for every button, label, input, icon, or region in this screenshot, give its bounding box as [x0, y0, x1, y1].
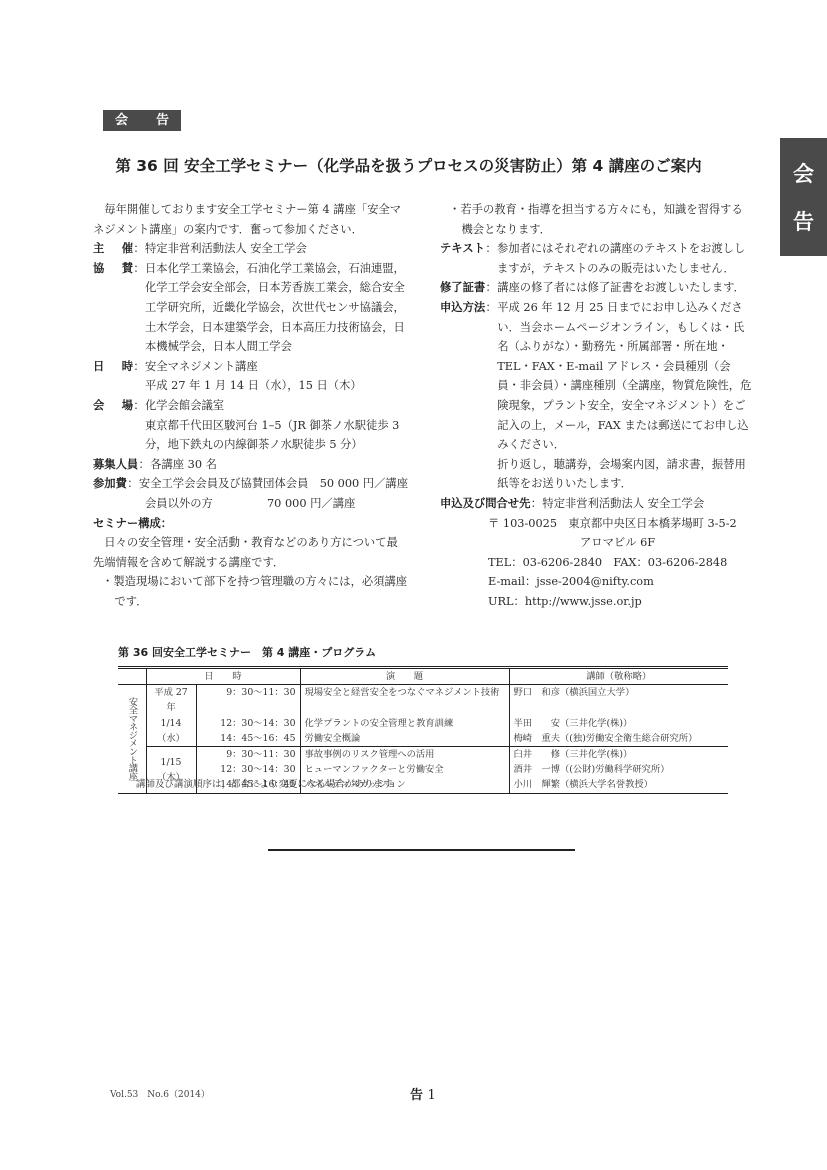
application-value-2: 折り返し，聴講券，会場案内図，請求書，振替用紙等をお送りいたします． [497, 458, 746, 491]
table-row: 安全マネジメント講座 平成 27 年 9：30〜11：30 現場安全と経営安全を… [118, 685, 728, 716]
session-time: 14：45〜16：45 [196, 731, 300, 747]
contact-fax: FAX：03-6206-2848 [613, 556, 727, 569]
session-topic: 労働安全概論 [300, 731, 509, 747]
header-topic: 演 題 [300, 668, 509, 685]
session-lecturer: 酒井 一博（(公財)労働科学研究所） [509, 762, 728, 777]
session-time: 12：30〜14：30 [196, 716, 300, 731]
program-table: 日 時 演 題 講師（敬称略） 安全マネジメント講座 平成 27 年 9：30〜… [118, 666, 728, 794]
footer-page-number: 告 1 [410, 1084, 436, 1103]
datetime-label: 日時 [93, 357, 133, 377]
cosponsors-value: 日本化学工業協会，石油化学工業協会，石油連盟，化学工学会安全部会，日本芳香族工業… [145, 259, 408, 357]
day1-date-line-3: （水） [146, 731, 196, 747]
header-lecturer: 講師（敬称略） [509, 668, 728, 685]
contact-email[interactable]: E-mail：jsse-2004@nifty.com [440, 572, 752, 592]
certificate-label: 修了証書 [440, 278, 485, 298]
badge-char-1: 会 [115, 110, 128, 131]
cosponsors-row: 協賛 ： 日本化学工業協会，石油化学工業協会，石油連盟，化学工学会安全部会，日本… [93, 259, 408, 357]
capacity-label: 募集人員 [93, 455, 138, 475]
contact-row: 申込及び問合せ先 ： 特定非営利活動法人 安全工学会 [440, 494, 752, 514]
certificate-value: 講座の修了者には修了証書をお渡しいたします． [497, 278, 752, 298]
table-row: 1/15 （木） 9：30〜11：30 事故事例のリスク管理への活用 臼井 修（… [118, 747, 728, 763]
application-label: 申込方法 [440, 298, 485, 494]
session-topic: 化学プラントの安全管理と教育訓練 [300, 716, 509, 731]
organizer-value: 特定非営利活動法人 安全工学会 [145, 239, 408, 259]
contact-org: 特定非営利活動法人 安全工学会 [542, 494, 752, 514]
fee-member-who: 安全工学会会員及び協賛団体会員 [139, 477, 308, 490]
text-row: テキスト ： 参加者にはそれぞれの講座のテキストをお渡ししますが，テキストのみの… [440, 239, 752, 278]
page-title: 第 36 回 安全工学セミナー（化学品を扱うプロセスの災害防止）第 4 講座のご… [0, 154, 827, 176]
session-lecturer: 梅崎 重夫（(独)労働安全衛生総合研究所） [509, 731, 728, 747]
session-lecturer: 半田 安（三井化学(株)） [509, 716, 728, 731]
session-time: 9：30〜11：30 [196, 685, 300, 716]
side-tab-char-2: 告 [793, 206, 814, 236]
session-lecturer: 野口 和彦（横浜国立大学） [509, 685, 728, 716]
venue-label: 会場 [93, 396, 133, 416]
program-title: 第 36 回安全工学セミナー 第 4 講座・プログラム [118, 644, 376, 660]
composition-bullet-2: ・若手の教育・指導を担当する方々にも，知識を習得する機会となります． [440, 200, 752, 239]
composition-bullet-1: ・製造現場において部下を持つ管理職の方々には，必須講座です． [93, 572, 408, 611]
program-header-row: 日 時 演 題 講師（敬称略） [118, 668, 728, 685]
fee-nonmember-who: 会員以外の方 [145, 494, 267, 514]
right-column: ・若手の教育・指導を担当する方々にも，知識を習得する機会となります． テキスト … [440, 200, 752, 611]
datetime-sub: 平成 27 年 1 月 14 日（水），15 日（木） [93, 376, 408, 396]
left-column: 毎年開催しております安全工学セミナー第 4 講座「安全マネジメント講座」の案内で… [93, 200, 408, 611]
program-note: 講師及び講演順序は，都合により変更になる場合があります． [136, 776, 401, 790]
session-topic: 現場安全と経営安全をつなぐマネジメント技術 [300, 685, 509, 716]
page-number: 1 [428, 1088, 436, 1103]
contact-tel: TEL：03-6206-2840 [488, 556, 602, 569]
fee-nonmember: 会員以外の方70 000 円／講座 [93, 494, 408, 514]
organizer-label: 主催 [93, 239, 133, 259]
table-row: 1/14 12：30〜14：30 化学プラントの安全管理と教育訓練 半田 安（三… [118, 716, 728, 731]
section-badge: 会 告 [103, 110, 181, 131]
venue-value: 化学会館会議室 [145, 396, 408, 416]
venue-row: 会場 ： 化学会館会議室 [93, 396, 408, 416]
composition-heading: セミナー構成： [93, 514, 408, 534]
contact-building: アロマビル 6F [440, 533, 752, 553]
fee-nonmember-price: 70 000 円／講座 [267, 497, 355, 510]
session-lecturer: 小川 輝繁（横浜大学名誉教授） [509, 777, 728, 793]
badge-char-2: 告 [156, 110, 169, 131]
contact-url[interactable]: URL：http://www.jsse.or.jp [440, 592, 752, 612]
contact-address: 東京都中央区日本橋茅場町 3-5-2 [568, 517, 736, 530]
capacity-value: 各講座 30 名 [150, 455, 408, 475]
day1-date-line-2: 1/14 [146, 716, 196, 731]
application-value: 平成 26 年 12 月 25 日までにお申し込みください．当会ホームページオン… [497, 301, 751, 451]
contact-address-line: 〒 103-0025 東京都中央区日本橋茅場町 3-5-2 [440, 514, 752, 534]
contact-label: 申込及び問合せ先 [440, 494, 530, 514]
contact-postal: 〒 103-0025 [488, 517, 557, 530]
session-topic: 事故事例のリスク管理への活用 [300, 747, 509, 763]
divider-line [268, 849, 575, 851]
cosponsors-label: 協賛 [93, 259, 133, 357]
page-prefix: 告 [410, 1088, 423, 1103]
capacity-row: 募集人員 ： 各講座 30 名 [93, 455, 408, 475]
intro-paragraph: 毎年開催しております安全工学セミナー第 4 講座「安全マネジメント講座」の案内で… [93, 200, 408, 239]
venue-address: 東京都千代田区駿河台 1–5（JR 御茶ノ水駅徒歩 3 分，地下鉄丸の内線御茶ノ… [93, 416, 408, 455]
datetime-row: 日時 ： 安全マネジメント講座 [93, 357, 408, 377]
text-value: 参加者にはそれぞれの講座のテキストをお渡ししますが，テキストのみの販売はいたしま… [497, 239, 752, 278]
text-label: テキスト [440, 239, 485, 278]
organizer-row: 主催 ： 特定非営利活動法人 安全工学会 [93, 239, 408, 259]
session-time: 9：30〜11：30 [196, 747, 300, 763]
certificate-row: 修了証書 ： 講座の修了者には修了証書をお渡しいたします． [440, 278, 752, 298]
fee-member-price: 50 000 円／講座 [320, 477, 408, 490]
application-row: 申込方法 ： 平成 26 年 12 月 25 日までにお申し込みください．当会ホ… [440, 298, 752, 494]
composition-text: 日々の安全管理・安全活動・教育などのあり方について最先端情報を含めて解説する講座… [93, 533, 408, 572]
contact-phone-line: TEL：03-6206-2840 FAX：03-6206-2848 [440, 553, 752, 573]
session-lecturer: 臼井 修（三井化学(株)） [509, 747, 728, 763]
header-datetime: 日 時 [146, 668, 300, 685]
day1-date-line-1: 平成 27 年 [146, 685, 196, 716]
footer-volume: Vol.53 No.6（2014） [110, 1087, 210, 1100]
fee-label: 参加費 [93, 474, 127, 494]
datetime-value: 安全マネジメント講座 [145, 357, 408, 377]
table-row: （水） 14：45〜16：45 労働安全概論 梅崎 重夫（(独)労働安全衛生総合… [118, 731, 728, 747]
fee-row: 参加費 ： 安全工学会会員及び協賛団体会員 50 000 円／講座 [93, 474, 408, 494]
